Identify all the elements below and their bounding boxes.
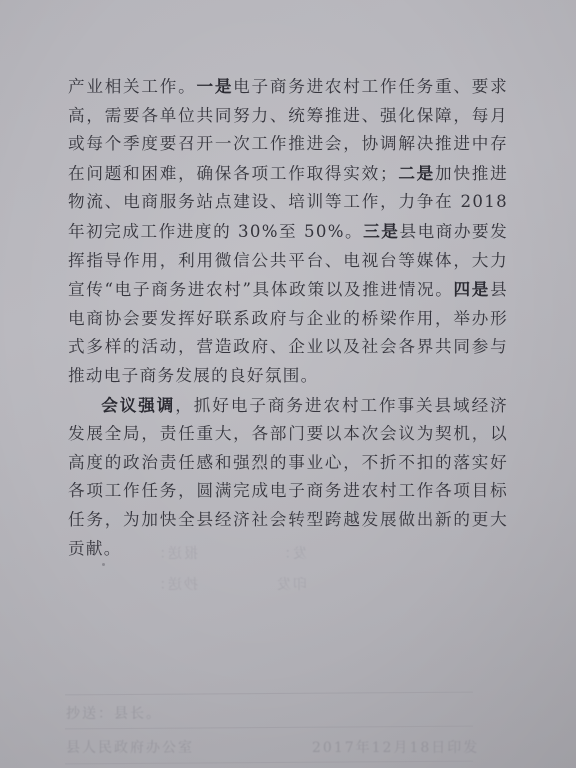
show-through-footer-text: 抄送：县长。	[66, 703, 162, 723]
paragraph-tasks: 产业相关工作。一是电子商务进农村工作任务重、要求高，需要各单位共同努力、统筹推进…	[68, 72, 508, 391]
document-body: 产业相关工作。一是电子商务进农村工作任务重、要求高，需要各单位共同努力、统筹推进…	[68, 72, 508, 563]
paper-speck	[102, 563, 105, 566]
show-through-footer-date: 2017年12月18日印发	[312, 737, 479, 757]
bold-marker-first: 一是	[196, 76, 233, 96]
show-through-rule	[65, 692, 473, 696]
show-through-footer-text: 县人民政府办公室	[66, 737, 194, 757]
text-segment: 产业相关工作。	[68, 77, 196, 96]
show-through-text: 报送：	[150, 543, 198, 563]
paragraph-emphasis: 会议强调，抓好电子商务进农村工作事关县域经济发展全局，责任重大，各部门要以本次会…	[68, 391, 508, 564]
show-through-text: 印发	[275, 574, 307, 594]
show-through-text: 抄送：	[150, 574, 198, 594]
bold-marker-third: 三是	[363, 221, 399, 241]
bold-lead-phrase: 会议强调	[101, 395, 175, 415]
bold-marker-fourth: 四是	[454, 279, 491, 299]
show-through-rule	[65, 761, 473, 765]
bold-marker-second: 二是	[398, 163, 435, 183]
show-through-text: 发：	[275, 543, 307, 563]
text-segment: ，抓好电子商务进农村工作事关县域经济发展全局，责任重大，各部门要以本次会议为契机…	[68, 396, 508, 558]
show-through-rule	[65, 726, 473, 730]
